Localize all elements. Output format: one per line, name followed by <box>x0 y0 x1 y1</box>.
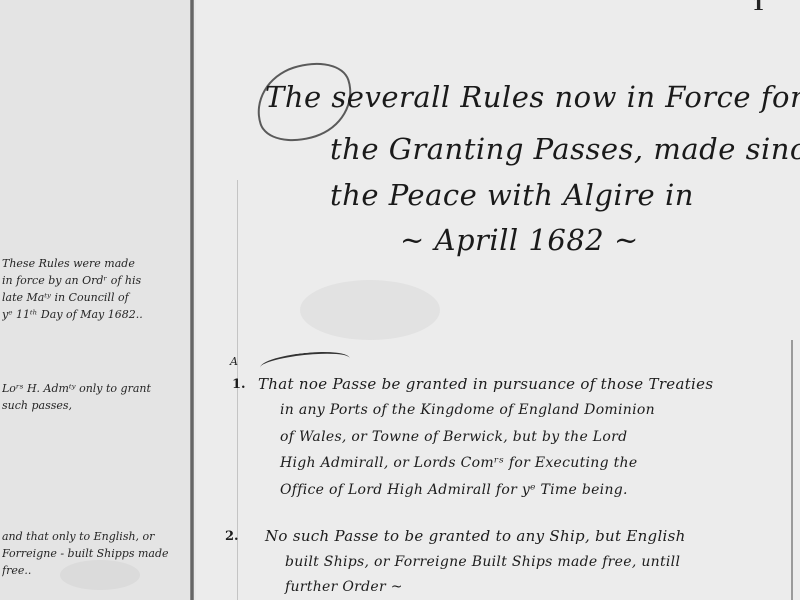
paper-stain <box>300 280 440 340</box>
margin-note-line: yᵉ 11ᵗʰ Day of May 1682.. <box>2 306 188 323</box>
rule-text-line: That noe Passe be granted in pursuance o… <box>258 375 713 393</box>
margin-note-line: These Rules were made <box>2 255 188 272</box>
margin-note-line: late Maᵗʸ in Councill of <box>2 289 188 306</box>
rule-marker: A <box>230 355 238 368</box>
title-line-1: The severall Rules now in Force for <box>265 80 800 114</box>
title-line-2: the Granting Passes, made since <box>330 132 800 166</box>
title-line-3: the Peace with Algire in <box>330 178 694 212</box>
title-line-4-date: ~ Aprill 1682 ~ <box>400 223 639 257</box>
margin-note-line: Loʳˢ H. Admᵗʸ only to grant <box>2 380 188 397</box>
rule-text-line: No such Passe to be granted to any Ship,… <box>265 527 686 545</box>
margin-note-order-in-council: These Rules were made in force by an Ord… <box>2 255 188 323</box>
rule-text-line: Office of Lord High Admirall for yᵉ Time… <box>280 482 628 498</box>
rule-text-line: High Admirall, or Lords Comʳˢ for Execut… <box>280 455 637 471</box>
page-number: 1 <box>752 0 765 15</box>
margin-note-line: and that only to English, or <box>2 528 188 545</box>
margin-note-line: free.. <box>2 562 188 579</box>
gutter-rule-line <box>190 0 194 600</box>
rule-text-line: further Order ~ <box>285 579 403 595</box>
rule-text-line: of Wales, or Towne of Berwick, but by th… <box>280 429 627 445</box>
margin-note-line: in force by an Ordʳ of his <box>2 272 188 289</box>
margin-note-line: Forreigne - built Shipps made <box>2 545 188 562</box>
rule-number: 2. <box>225 529 239 544</box>
margin-note-lord-admiral: Loʳˢ H. Admᵗʸ only to grant such passes, <box>2 380 188 414</box>
rule-number: 1. <box>232 377 246 392</box>
margin-note-line: such passes, <box>2 397 188 414</box>
rule-text-line: built Ships, or Forreigne Built Ships ma… <box>285 554 680 570</box>
manuscript-page: 1 The severall Rules now in Force for th… <box>0 0 800 600</box>
margin-note-english-ships: and that only to English, or Forreigne -… <box>2 528 188 579</box>
rule-text-line: in any Ports of the Kingdome of England … <box>280 402 655 418</box>
right-edge-line <box>791 340 793 600</box>
